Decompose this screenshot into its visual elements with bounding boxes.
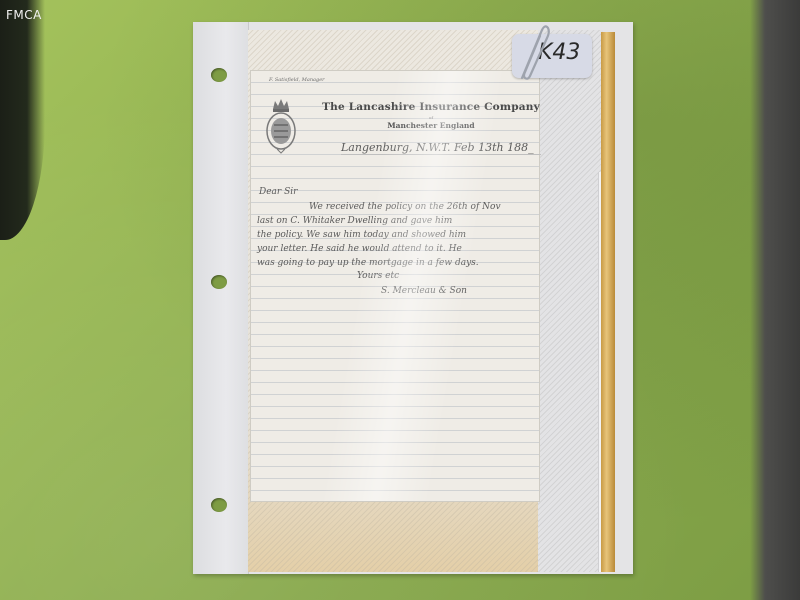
sheet-protector: F. Satisfield, Manager The Lancashire In…	[193, 22, 633, 574]
letter-body-line: your letter. He said he would attend to …	[257, 244, 462, 254]
letter-body-line: the policy. We saw him today and showed …	[257, 230, 466, 240]
dark-right-edge	[750, 0, 800, 600]
letter-closing: Yours etc	[357, 271, 399, 281]
letterhead-of: of	[321, 115, 541, 120]
letter-body-line: last on C. Whitaker Dwelling and gave hi…	[257, 216, 452, 226]
punch-hole	[211, 275, 227, 289]
binder-strip	[193, 22, 249, 574]
watermark-label: FMCA	[6, 8, 42, 22]
letter-body-line: was going to pay up the mortgage in a fe…	[257, 258, 479, 268]
punch-hole	[211, 68, 227, 82]
gold-edged-card	[601, 32, 615, 572]
punch-hole	[211, 498, 227, 512]
letter-body-line: We received the policy on the 26th of No…	[309, 202, 501, 212]
crest-icon	[265, 95, 297, 155]
historical-letter: F. Satisfield, Manager The Lancashire In…	[250, 70, 540, 502]
letter-dateline: Langenburg, N.W.T. Feb 13th 188_	[341, 141, 541, 155]
company-letterhead: The Lancashire Insurance Company	[321, 101, 541, 113]
letter-greeting: Dear Sir	[259, 187, 297, 197]
striped-backing-paper-right	[538, 30, 603, 572]
letter-signature: S. Mercleau & Son	[381, 286, 467, 296]
manager-line: F. Satisfield, Manager	[269, 77, 325, 83]
letterhead-city: Manchester England	[321, 121, 541, 130]
paperclip-icon	[510, 22, 550, 82]
